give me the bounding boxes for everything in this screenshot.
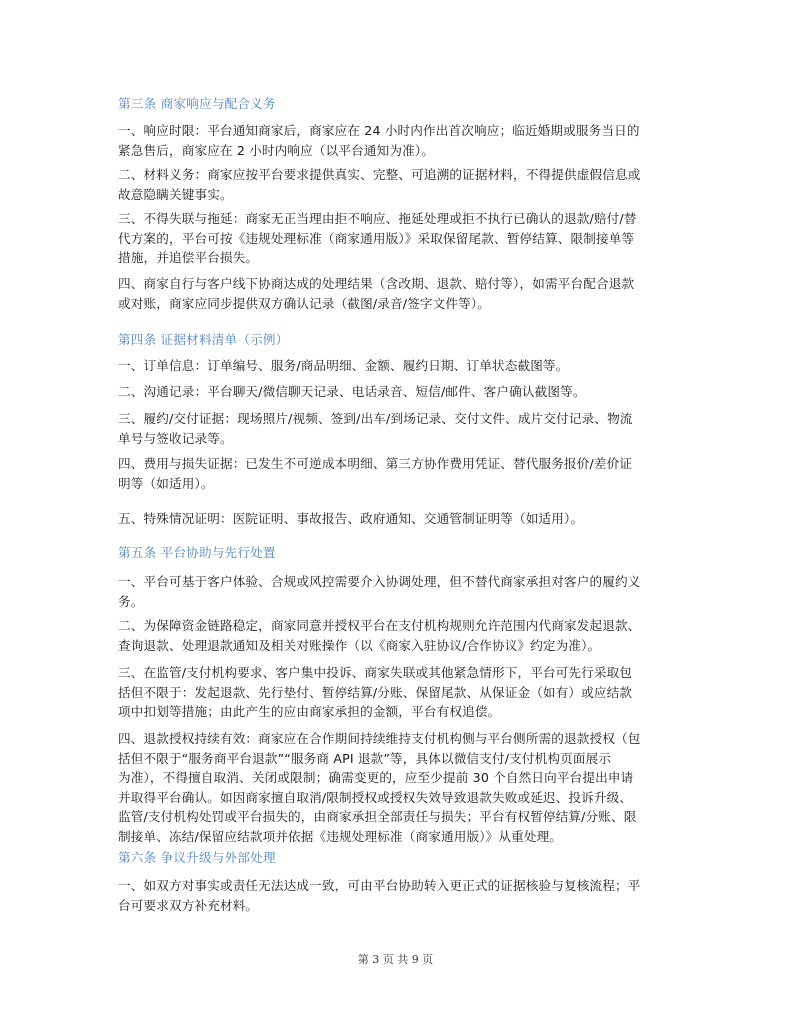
section-heading-5: 第五条 平台协助与先行处置 (118, 542, 276, 561)
paragraph: 二、材料义务：商家应按平台要求提供真实、完整、可追溯的证据材料，不得提供虚假信息… (118, 165, 674, 204)
paragraph: 三、在监管/支付机构要求、客户集中投诉、商家失联或其他紧急情形下，平台可先行采取… (118, 663, 674, 722)
paragraph: 三、履约/交付证据：现场照片/视频、签到/出车/到场记录、交付文件、成片交付记录… (118, 409, 674, 448)
paragraph: 一、订单信息：订单编号、服务/商品明细、金额、履约日期、订单状态截图等。 (118, 356, 674, 376)
section-heading-3: 第三条 商家响应与配合义务 (118, 93, 276, 112)
paragraph: 四、商家自行与客户线下协商达成的处理结果（含改期、退款、赔付等），如需平台配合退… (118, 274, 674, 313)
paragraph: 三、不得失联与拖延：商家无正当理由拒不响应、拖延处理或拒不执行已确认的退款/赔付… (118, 209, 674, 268)
paragraph: 二、为保障资金链路稳定，商家同意并授权平台在支付机构规则允许范围内代商家发起退款… (118, 616, 674, 655)
paragraph: 二、沟通记录：平台聊天/微信聊天记录、电话录音、短信/邮件、客户确认截图等。 (118, 382, 674, 402)
paragraph: 一、响应时限：平台通知商家后，商家应在 24 小时内作出首次响应；临近婚期或服务… (118, 121, 674, 160)
section-heading-6: 第六条 争议升级与外部处理 (118, 847, 276, 866)
paragraph: 四、退款授权持续有效：商家应在合作期间持续维持支付机构侧与平台侧所需的退款授权（… (118, 729, 674, 847)
paragraph: 五、特殊情况证明：医院证明、事故报告、政府通知、交通管制证明等（如适用）。 (118, 509, 674, 529)
section-heading-4: 第四条 证据材料清单（示例） (118, 329, 289, 348)
paragraph: 四、费用与损失证据：已发生不可逆成本明细、第三方协作费用凭证、替代服务报价/差价… (118, 454, 674, 493)
page-number-footer: 第 3 页 共 9 页 (0, 951, 791, 967)
paragraph: 一、平台可基于客户体验、合规或风控需要介入协调处理，但不替代商家承担对客户的履约… (118, 572, 674, 611)
paragraph: 一、如双方对事实或责任无法达成一致，可由平台协助转入更正式的证据核验与复核流程；… (118, 876, 674, 915)
